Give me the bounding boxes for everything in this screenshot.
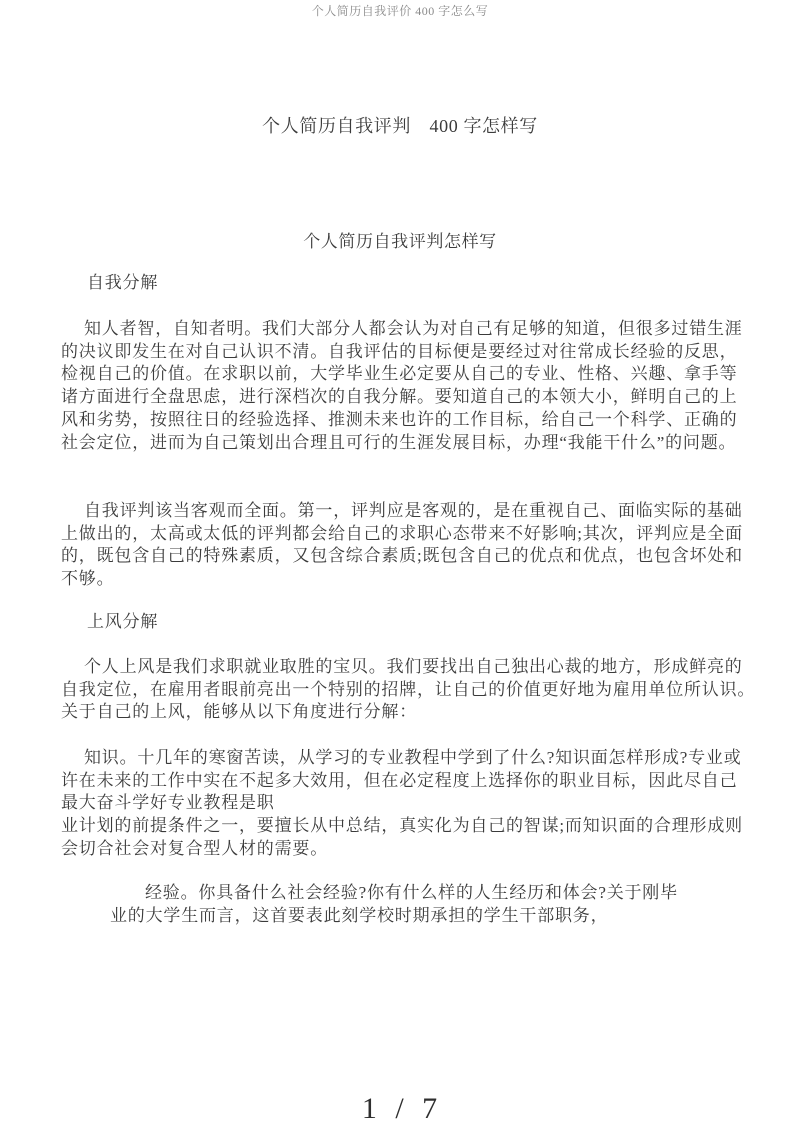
page-header-title: 个人简历自我评价 400 字怎么写 — [0, 3, 800, 19]
text-line: 业计划的前提条件之一，要擅长从中总结，真实化为自己的智谋;而知识面的合理形成则 — [61, 815, 781, 838]
paragraph-experience: 经验。你具备什么社会经验?你有什么样的人生经历和体会?关于刚毕 业的大学生而言，… — [61, 882, 781, 927]
document-subtitle: 个人简历自我评判怎样写 — [0, 231, 800, 253]
page-number-indicator: 1 / 7 — [0, 1092, 800, 1126]
text-line: 关于自己的上风，能够从以下角度进行分解： — [61, 701, 781, 724]
section-heading-self-analysis: 自我分解 — [61, 272, 158, 294]
text-line: 最大奋斗学好专业教程是职 — [61, 792, 781, 815]
text-line: 的，既包含自己的特殊素质，又包含综合素质;既包含自己的优点和优点，也包含坏处和 — [61, 545, 781, 568]
text-line: 知识。十几年的寒窗苦读，从学习的专业教程中学到了什么?知识面怎样形成?专业或 — [61, 747, 781, 770]
text-line: 业的大学生而言，这首要表此刻学校时期承担的学生干部职务， — [61, 905, 781, 928]
text-line: 诸方面进行全盘思虑，进行深档次的自我分解。要知道自己的本领大小，鲜明自己的上 — [61, 386, 781, 409]
text-line: 知人者智，自知者明。我们大部分人都会认为对自己有足够的知道，但很多过错生涯 — [61, 318, 781, 341]
text-line: 个人上风是我们求职就业取胜的宝贝。我们要找出自己独出心裁的地方，形成鲜亮的 — [61, 656, 781, 679]
text-line: 的决议即发生在对自己认识不清。自我评估的目标便是要经过对往常成长经验的反思， — [61, 341, 781, 364]
text-line: 自我评判该当客观而全面。第一，评判应是客观的，是在重视自己、面临实际的基础 — [61, 500, 781, 523]
text-line: 许在未来的工作中实在不起多大效用，但在必定程度上选择你的职业目标，因此尽自己 — [61, 770, 781, 793]
text-line: 自我定位，在雇用者眼前亮出一个特别的招牌，让自己的价值更好地为雇用单位所认识。 — [61, 679, 781, 702]
text-line: 风和劣势，按照往日的经验选择、推测未来也许的工作目标，给自己一个科学、正确的 — [61, 409, 781, 432]
paragraph-self-analysis: 知人者智，自知者明。我们大部分人都会认为对自己有足够的知道，但很多过错生涯 的决… — [61, 318, 781, 454]
text-line: 经验。你具备什么社会经验?你有什么样的人生经历和体会?关于刚毕 — [61, 882, 781, 905]
paragraph-advantage: 个人上风是我们求职就业取胜的宝贝。我们要找出自己独出心裁的地方，形成鲜亮的 自我… — [61, 656, 781, 724]
text-line: 会切合社会对复合型人材的需要。 — [61, 838, 781, 861]
paragraph-knowledge: 知识。十几年的寒窗苦读，从学习的专业教程中学到了什么?知识面怎样形成?专业或 许… — [61, 747, 781, 861]
text-line: 社会定位，进而为自己策划出合理且可行的生涯发展目标，办理“我能干什么”的问题。 — [61, 432, 781, 455]
document-title: 个人简历自我评判 400 字怎样写 — [0, 112, 800, 140]
text-line: 不够。 — [61, 568, 781, 591]
paragraph-evaluation-objective: 自我评判该当客观而全面。第一，评判应是客观的，是在重视自己、面临实际的基础 上做… — [61, 500, 781, 591]
section-heading-advantage-analysis: 上风分解 — [61, 611, 158, 633]
text-line: 上做出的，太高或太低的评判都会给自己的求职心态带来不好影响;其次，评判应是全面 — [61, 523, 781, 546]
document-page: 个人简历自我评价 400 字怎么写 个人简历自我评判 400 字怎样写 个人简历… — [0, 0, 800, 1131]
text-line: 检视自己的价值。在求职以前，大学毕业生必定要从自己的专业、性格、兴趣、拿手等 — [61, 363, 781, 386]
